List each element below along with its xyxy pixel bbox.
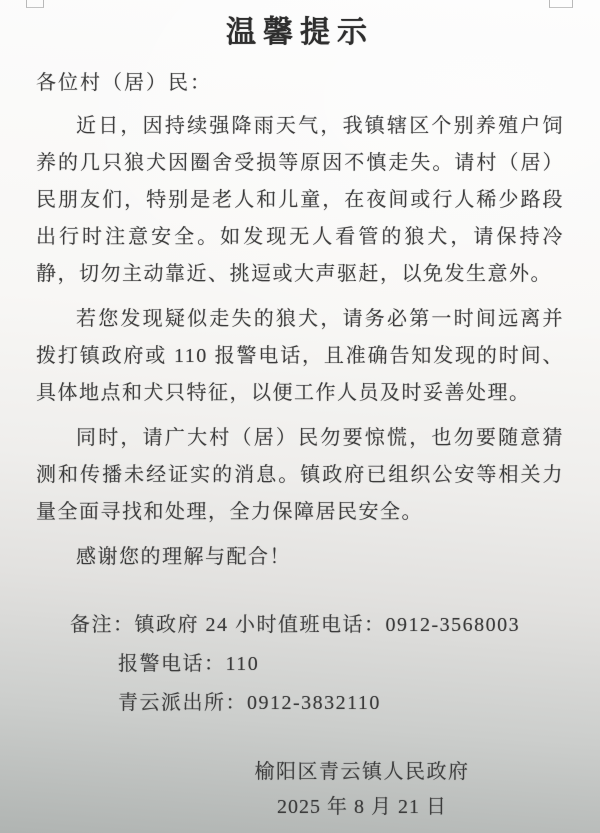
notice-page: 温馨提示 各位村（居）民： 近日，因持续强降雨天气，我镇辖区个别养殖户饲养的几只… <box>0 0 600 833</box>
notice-title: 温馨提示 <box>0 0 600 52</box>
corner-mark-left-icon <box>26 0 44 8</box>
notice-paragraph-4: 感谢您的理解与配合！ <box>36 539 564 576</box>
signature-date: 2025 年 8 月 21 日 <box>254 787 470 827</box>
notice-paragraph-2: 若您发现疑似走失的狼犬，请务必第一时间远离并拨打镇政府或 110 报警电话，且准… <box>36 301 564 412</box>
signature-issuer: 榆阳区青云镇人民政府 <box>254 757 470 787</box>
corner-mark-right-icon <box>549 0 573 8</box>
notes-section: 备注：镇政府 24 小时值班电话：0912-3568003 报警电话：110 青… <box>0 606 600 723</box>
notice-paragraph-3: 同时，请广大村（居）民勿要惊慌，也勿要随意猜测和传播未经证实的消息。镇政府已组织… <box>36 420 564 531</box>
note-police-phone: 报警电话：110 <box>0 645 600 684</box>
salutation: 各位村（居）民： <box>36 68 564 98</box>
notice-paragraph-1: 近日，因持续强降雨天气，我镇辖区个别养殖户饲养的几只狼犬因圈舍受损等原因不慎走失… <box>36 108 564 293</box>
note-duty-phone: 备注：镇政府 24 小时值班电话：0912-3568003 <box>0 606 600 645</box>
note-station-phone: 青云派出所：0912-3832110 <box>0 684 600 723</box>
signature-block: 榆阳区青云镇人民政府 2025 年 8 月 21 日 <box>254 757 470 827</box>
